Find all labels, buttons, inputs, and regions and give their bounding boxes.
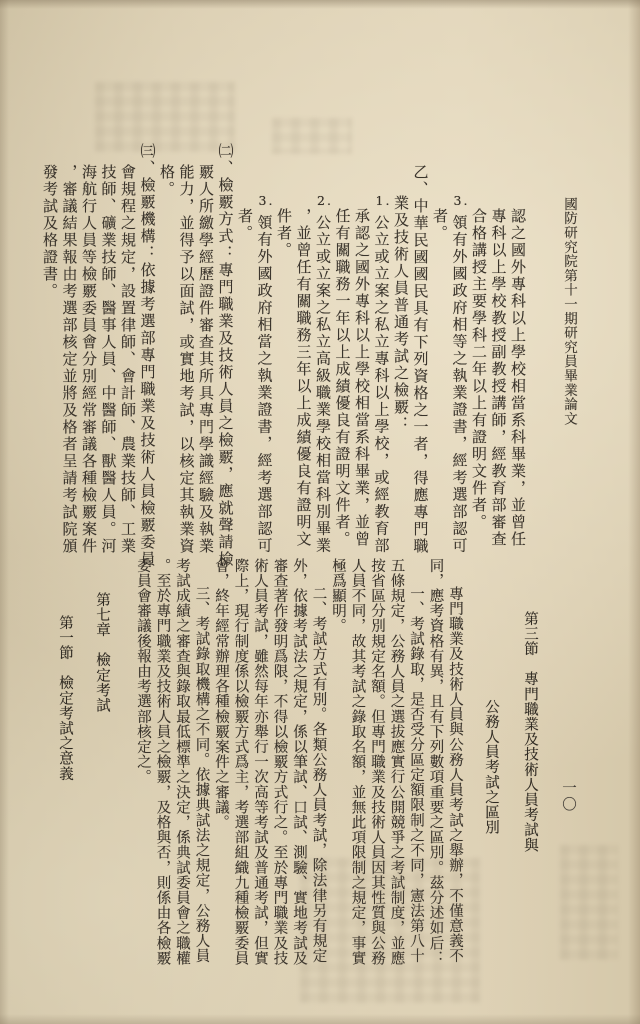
text-column: 五條規定，公務人員之選拔應實行公開競爭之考試制度，並應 — [387, 558, 406, 966]
text-column: 同，應考資格有異，且有下列數項重要之區別。茲分述如后： — [426, 558, 445, 966]
document-page: 國防研究院第十一期研究員畢業論文 一〇 認之國外專科以上學校相當系科畢業，並曾任… — [0, 0, 640, 1024]
text-column: 人員不同，故其考試之錄取名額，並無此項限制之規定，事實 — [348, 558, 367, 966]
subsection-heading: 第一節 檢定考試之意義 — [55, 615, 74, 781]
text-column: 會，終年經常辦理各種檢覈案件之審議。 — [211, 558, 230, 830]
bottom-text-block: 第三節 專門職業及技術人員考試與 公務人員考試之區別 第七章 檢定考試 第一節 … — [0, 0, 640, 1024]
text-column: 二、考試方式有別。各類公務人員考試，除法律另有規定 — [309, 586, 328, 964]
text-column: 按省區分別規定名額。但專門職業及技術人員因其性質與公務 — [367, 558, 386, 966]
text-column: 際上，現行制度係以檢覈方式爲主，考選部組織九種檢覈委員 — [231, 558, 250, 966]
text-column: 三、考試錄取機構之不同。依據典試法之規定，公務人員 — [192, 586, 211, 964]
text-column: 術人員考試，雖然每年亦舉行一次高等考試及普通考試，但實 — [250, 558, 269, 966]
text-column: 委員會審議後報由考選部核定之。 — [133, 558, 152, 785]
text-column: 審查著作發明爲限，不得以檢覈方式行之。至於專門職業及技 — [270, 558, 289, 966]
section-heading-line1: 第三節 專門職業及技術人員考試與 — [520, 611, 539, 853]
section-heading-line2: 公務人員考試之區別 — [481, 699, 500, 835]
text-column: 極爲顯明。 — [328, 558, 347, 634]
text-column: 外，依據考試法之規定，係以筆試、口試、測驗、實地考試及 — [289, 558, 308, 966]
text-column: 一、考試錄取，是否受分區定額限制之不同，憲法第八十 — [406, 586, 425, 964]
text-column: 。至於專門職業及技術人員之檢覈，及格與否，則係由各檢覈 — [153, 558, 172, 966]
chapter-heading: 第七章 檢定考試 — [92, 592, 111, 713]
text-column: 專門職業及技術人員與公務人員考試之舉辦，不僅意義不 — [445, 586, 464, 964]
text-column: 考試成績之審查與錄取最低標準之決定，係典試委員會之職權 — [172, 558, 191, 966]
